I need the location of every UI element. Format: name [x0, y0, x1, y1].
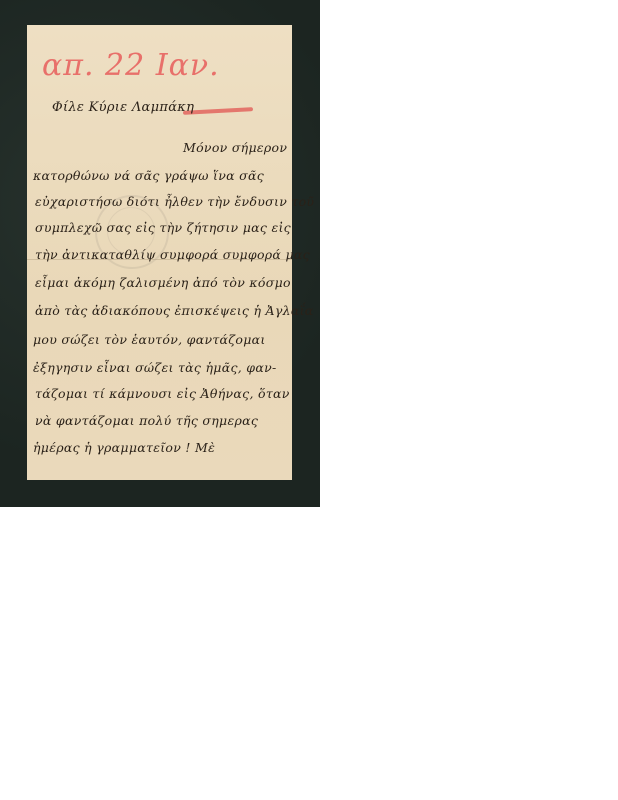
letter-line: νὰ φαντάζομαι πολύ τῆς σημερας [35, 413, 258, 428]
letter-line: τάζομαι τί κάμνουσι εἰς Ἀθήνας, ὅταν [35, 386, 290, 401]
letter-line: ἀπὸ τὰς ἀδιακόπους ἐπισκέψεις ἡ Ἀγλαΐα [35, 303, 314, 318]
letter-salutation: Φίλε Κύριε Λαμπάκη [52, 100, 194, 115]
letter-line: εἶμαι ἀκόμη ζαλισμένη ἀπό τὸν κόσμο [35, 275, 291, 290]
letter-line: εὐχαριστήσω διότι ἦλθεν τὴν ἔνδυσιν τοῦ [35, 194, 314, 209]
letter-line: συμπλεχῶ σας εἰς τὴν ζήτησιν μας εἰς [35, 220, 291, 235]
letter-line: Μόνον σήμερον [183, 140, 287, 155]
letter-line: κατορθώνω νά σᾶς γράψω ἵνα σᾶς [33, 168, 264, 183]
letter-line: τὴν ἀντικαταθλίψ συμφορά συμφορά μας [35, 247, 310, 262]
letter-line: ἐξηγησιν εἶναι σώζει τὰς ἡμᾶς, φαν- [33, 360, 277, 375]
letter-line: ἡμέρας ἡ γραμματεῖον ! Μὲ [33, 440, 215, 455]
letter-line: μου σώζει τὸν ἑαυτόν, φαντάζομαι [33, 332, 266, 347]
red-date-annotation: απ. 22 Ιαν. [42, 48, 220, 83]
